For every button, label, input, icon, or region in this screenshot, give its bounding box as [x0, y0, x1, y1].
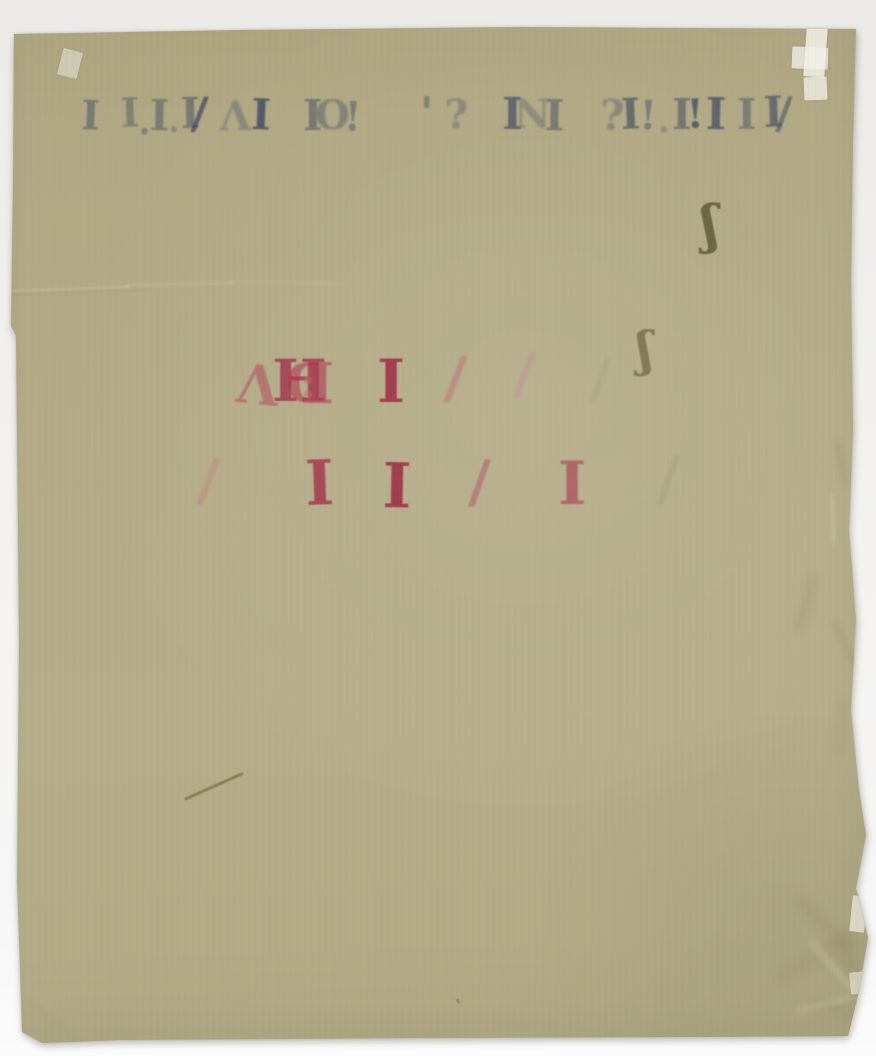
- paper-surface: II.I.I/ΛIIO!'?INI?I!.I!III/ʃΛH:DI///ʃ/II…: [0, 0, 876, 1056]
- tape-top-right-vertical: [803, 26, 827, 77]
- tape-top-right-square: [804, 77, 828, 101]
- tape-layer: [0, 0, 876, 1056]
- tape-right-edge-upper: [849, 895, 868, 932]
- tape-right-edge-lower: [849, 971, 865, 994]
- tape-top-left: [57, 48, 83, 79]
- photo-backdrop: II.I.I/ΛIIO!'?INI?I!.I!III/ʃΛH:DI///ʃ/II…: [0, 0, 876, 1056]
- paper-sheet: II.I.I/ΛIIO!'?INI?I!.I!III/ʃΛH:DI///ʃ/II…: [0, 0, 876, 1056]
